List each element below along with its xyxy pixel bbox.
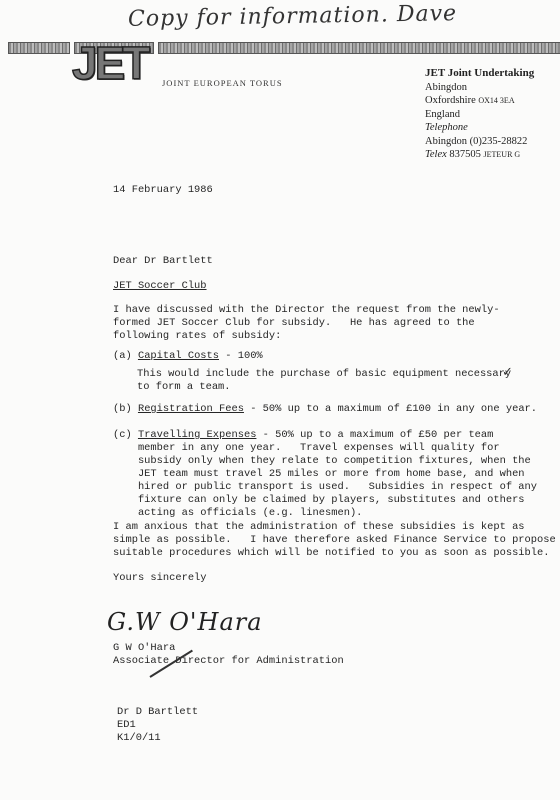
logo-text: JET xyxy=(72,40,147,86)
letter-page: Copy for information. Dave JET JOINT EUR… xyxy=(0,0,560,800)
recipient-block: Dr D Bartlett ED1 K1/0/11 xyxy=(117,706,198,745)
item-title: Capital Costs xyxy=(138,350,219,362)
telephone-number: Abingdon (0)235-28822 xyxy=(425,135,534,149)
paragraph-intro: I have discussed with the Director the r… xyxy=(113,304,500,343)
item-rate: - 50% up to a maximum of £50 per team xyxy=(256,429,493,441)
address-line: Abingdon xyxy=(425,81,534,95)
handwritten-signature: G.W O'Hara xyxy=(107,608,263,636)
telex-number: 837505 xyxy=(447,149,484,160)
address-line: England xyxy=(425,108,534,122)
telex-label: Telex xyxy=(425,149,447,160)
list-item-c: (c) Travelling Expenses - 50% up to a ma… xyxy=(113,429,537,520)
item-rate: - 100% xyxy=(219,350,263,362)
item-body: member in any one year. Travel expenses … xyxy=(113,442,537,519)
paragraph-closing: I am anxious that the administration of … xyxy=(113,521,556,560)
recipient-dept: ED1 xyxy=(117,719,136,731)
item-marker: (a) xyxy=(113,350,138,362)
salutation: Dear Dr Bartlett xyxy=(113,255,213,268)
telex-code: JETEUR G xyxy=(484,150,521,159)
address-line: Oxfordshire OX14 3EA xyxy=(425,94,534,108)
list-item-a: (a) Capital Costs - 100% xyxy=(113,350,263,363)
letterhead-bar xyxy=(158,42,560,54)
signer-title: Associate Director for Administration xyxy=(113,655,344,667)
recipient-location: K1/0/11 xyxy=(117,732,161,744)
address-block: JET Joint Undertaking Abingdon Oxfordshi… xyxy=(425,67,534,162)
telex-line: Telex 837505 JETEUR G xyxy=(425,148,534,162)
letter-date: 14 February 1986 xyxy=(113,184,213,197)
list-item-b: (b) Registration Fees - 50% up to a maxi… xyxy=(113,403,537,416)
item-marker: (c) xyxy=(113,429,138,441)
telephone-label: Telephone xyxy=(425,121,534,135)
check-mark-icon: ✓ xyxy=(502,365,513,380)
item-title: Travelling Expenses xyxy=(138,429,256,441)
letterhead-bar xyxy=(8,42,70,54)
item-marker: (b) xyxy=(113,403,138,415)
signer-block: G W O'Hara Associate Director for Admini… xyxy=(113,642,344,668)
address-county: Oxfordshire xyxy=(425,95,478,106)
signer-name: G W O'Hara xyxy=(113,642,175,654)
recipient-name: Dr D Bartlett xyxy=(117,706,198,718)
address-line: JET Joint Undertaking xyxy=(425,67,534,81)
subject-line: JET Soccer Club xyxy=(113,280,207,293)
complimentary-close: Yours sincerely xyxy=(113,572,207,585)
org-name: JOINT EUROPEAN TORUS xyxy=(162,78,283,88)
item-rate: - 50% up to a maximum of £100 in any one… xyxy=(244,403,537,415)
list-item-a-body: This would include the purchase of basic… xyxy=(137,368,511,394)
item-title: Registration Fees xyxy=(138,403,244,415)
handwritten-annotation: Copy for information. Dave xyxy=(128,1,457,32)
address-postcode: OX14 3EA xyxy=(478,96,514,105)
jet-logo: JET xyxy=(72,44,156,86)
